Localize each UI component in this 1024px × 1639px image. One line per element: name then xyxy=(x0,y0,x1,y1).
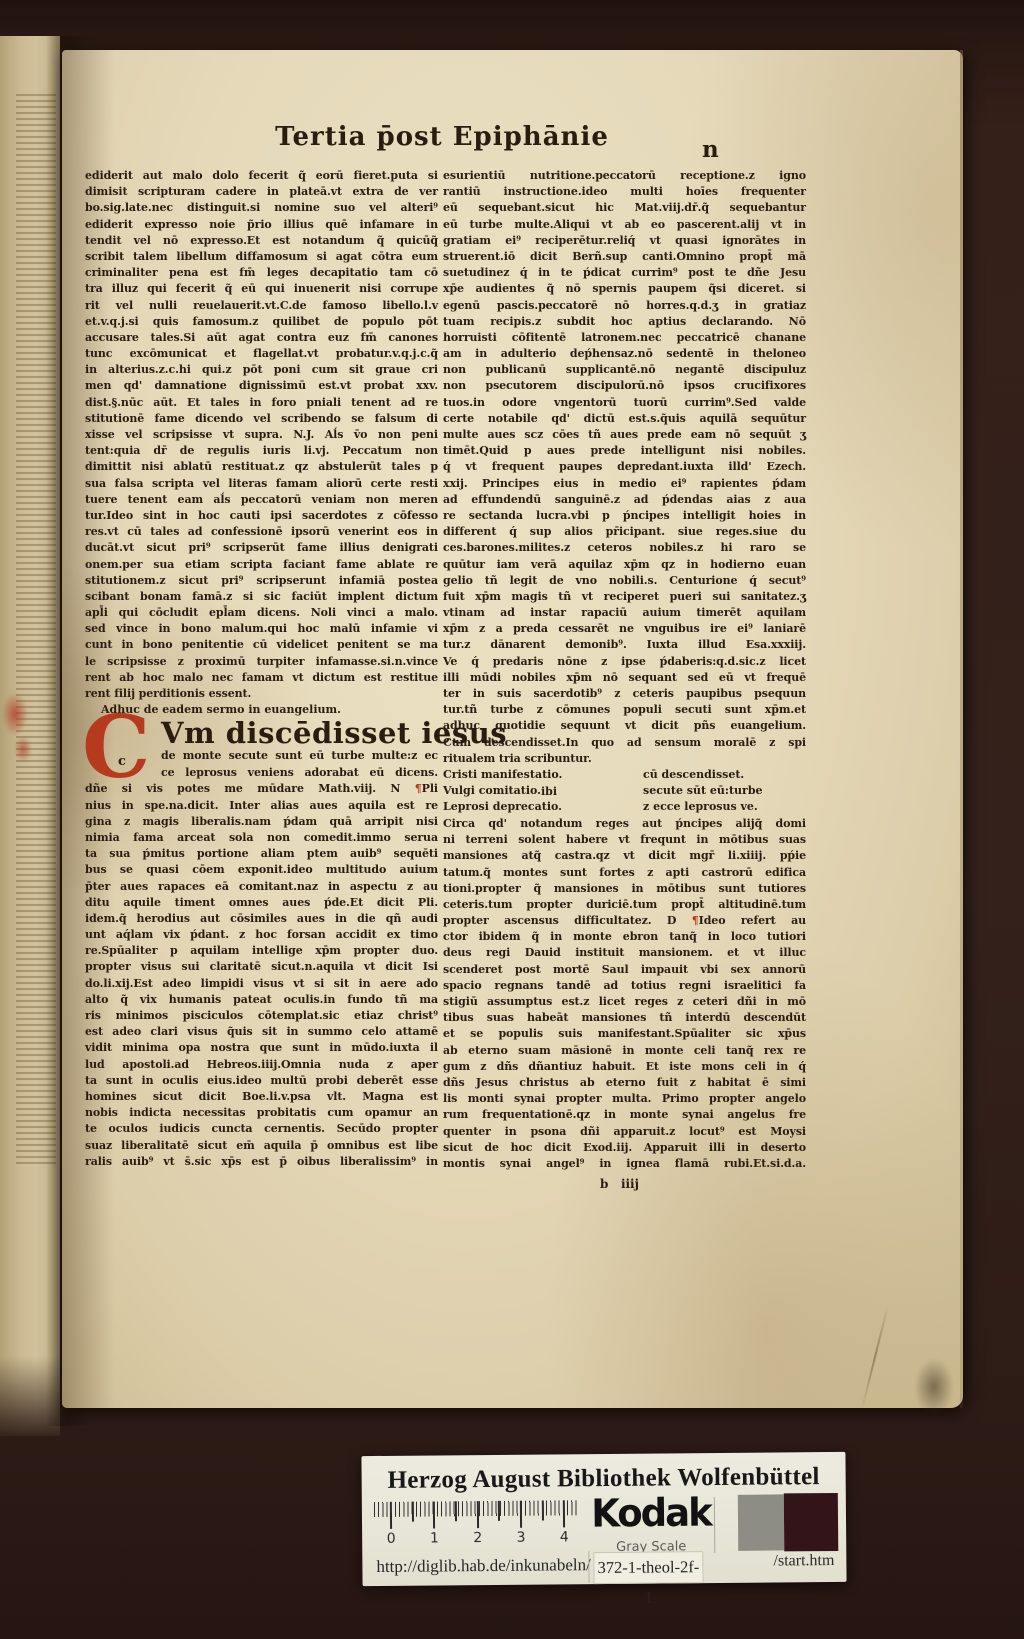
text-line: re sectanda lucra.vbi p ṕncipes intellig… xyxy=(443,508,806,524)
table-row: Vulgi comitatio. secute sūt eū:turbe xyxy=(443,783,806,799)
text-block: ediderit aut malo dolo fecerit q̃ eorū f… xyxy=(85,168,438,702)
text-line: different q́ sup alios pr̄icipant. siue … xyxy=(443,524,806,540)
text-line: do.li.xij.Est adeo limpidi visus vt si s… xyxy=(85,976,438,992)
pilcrow-mark: ¶ xyxy=(692,914,699,927)
text-line: re.Spūaliter p aquilam intellige xp̄m pr… xyxy=(85,943,438,959)
text-line: stitutionē fame dicendo vel scribendo se… xyxy=(85,411,438,427)
text-line: ditu aquile timent omnes aues ṕde.Et dic… xyxy=(85,895,438,911)
text-column-right: esurientiū nutritione.peccatorū receptio… xyxy=(443,168,806,1194)
running-title: Tertia p̄ost Epiphānie xyxy=(242,122,642,152)
text-line: gratiam ei⁹ reciperētur.reliq́ vt quasi … xyxy=(443,233,806,249)
text-line: te oculos iudicis cuncta cernentis. Secū… xyxy=(85,1121,438,1137)
ruler-mid-tick xyxy=(455,1501,457,1521)
text-line: tuam recipis.z subdit hoc aptius declara… xyxy=(443,314,806,330)
text-line: Circa qd' notandum reges aut ṕncipes ali… xyxy=(443,816,806,832)
text-line: tent:quia dr̄ de regulis iuris li.vj. Pe… xyxy=(85,443,438,459)
text-line: dist.§.nūc aūt. Et tales in foro pniali … xyxy=(85,395,438,411)
text-line: bo.sig.late.nec distinguit.si nomine suo… xyxy=(85,200,438,216)
ruler-mid-tick xyxy=(541,1501,543,1521)
text-line: ter in suis sacerdotib⁹ z ceteris paupib… xyxy=(443,686,806,702)
text-line: nobis indicta necessitas probitatis cum … xyxy=(85,1105,438,1121)
text-line: stigiū assumptus est.z licet reges z cet… xyxy=(443,994,806,1010)
text-line: non psecutorem discipulorū.nō ipsos cruc… xyxy=(443,378,806,394)
ruler-number: 3 xyxy=(514,1530,528,1546)
text-line: horruisti cōfitentē latronem.nec peccatr… xyxy=(443,330,806,346)
text-line: dimittit nisi ablatū restituat.z qz abst… xyxy=(85,459,438,475)
table-row: Cristi manifestatio. cū descendisset. xyxy=(443,767,806,783)
text-line: ni terreni solent habere vt frequnt in m… xyxy=(443,832,806,848)
text-line: suetudinez q́ in te ṕdicat currim⁹ post … xyxy=(443,265,806,281)
text-line: dimisit scripturam cadere in plateā.vt e… xyxy=(85,184,438,200)
text-line: xp̄e audientes q̃ nō spernis paupem q̃si… xyxy=(443,281,806,297)
text-line: apl̄i qui cōcludit epl̄am dicens. Noli v… xyxy=(85,605,438,621)
text-block: dñe si vis potes me mūdare Math.viij. N … xyxy=(85,781,438,1170)
text-line: nius in spe.na.dicit. Inter alias aues a… xyxy=(85,798,438,814)
table-cell-left: Leprosi deprecatio. xyxy=(443,800,562,813)
text-line: struerent.iō dicit Berñ.sup canti.Omnino… xyxy=(443,249,806,265)
text-line: tendit vel nō expresso.Et est notandum q… xyxy=(85,233,438,249)
incipit-block: C c Vm discēdisset iesus de monte secute… xyxy=(85,718,438,781)
text-line: ad effundendū sanguinē.z ad ṕdendas aias… xyxy=(443,492,806,508)
text-line: multe aues scz cōes tñ aues prede eam nō… xyxy=(443,427,806,443)
text-line: et.v.q.j.si quis famosum.z quilibet de p… xyxy=(85,314,438,330)
text-line: ediderit expresso noie p̃rio illius quē … xyxy=(85,217,438,233)
text-line: egenū pascis.peccatorē nō horres.q.d.ʒ i… xyxy=(443,298,806,314)
text-line: unt aq́lam vix ṕdant. z hoc forsan accid… xyxy=(85,927,438,943)
text-line: sua falsa scripta vel literas famam alio… xyxy=(85,476,438,492)
text-line: gelio tñ legit de vno nobili.s. Centurio… xyxy=(443,573,806,589)
table-row: Leprosi deprecatio. z ecce leprosus ve. xyxy=(443,799,806,815)
text-line: tra illuz qui fecerit q̃ eū qui inueneri… xyxy=(85,281,438,297)
text-line: ceteris.tum propter duriciē.tum propt̄ a… xyxy=(443,897,806,913)
text-line: scenderet post mortē Saul impauit vbi se… xyxy=(443,962,806,978)
text-line: fuit xp̄m magis tñ vt reciperet pueri su… xyxy=(443,589,806,605)
text-block: esurientiū nutritione.peccatorū receptio… xyxy=(443,168,806,767)
text-line: ta sua ṕmitus portione aliam ptem auib⁹ … xyxy=(85,846,438,862)
ruler-number: 2 xyxy=(471,1530,485,1546)
gray-scale-patch-dark xyxy=(784,1493,839,1551)
kodak-wordmark: Kodak xyxy=(580,1492,722,1535)
text-line: tuos.in odore vngentorū tuorū currim⁹.Se… xyxy=(443,395,806,411)
start-page-label: /start.htm xyxy=(754,1552,834,1571)
text-line: ces.barones.milites.z ceteros nobiles.z … xyxy=(443,540,806,556)
text-line: montis synai angel⁹ in ignea flamā rubi.… xyxy=(443,1156,806,1172)
text-line: idem.q̃ herodius aut cōsimiles aues in d… xyxy=(85,911,438,927)
parchment-crease xyxy=(861,1303,890,1410)
text-line: res.vt cū tales ad confessionē ipsorū ve… xyxy=(85,524,438,540)
url-base: http://diglib.hab.de/inkunabeln/ xyxy=(376,1555,591,1577)
text-line: suaz liberalitatē sicut em̄ aquila p̄ om… xyxy=(85,1138,438,1154)
text-line: est adeo clari visus q̃uis sit in summo … xyxy=(85,1024,438,1040)
text-line: criminaliter pena est fm̄ leges decapita… xyxy=(85,265,438,281)
text-line: cunt in bono penitentie cū videlicet pen… xyxy=(85,637,438,653)
text-line: ris minimos pisciculos cōtemplat.sic eti… xyxy=(85,1008,438,1024)
text-line: gum z dñs dñantiuz habuit. Et iste mons … xyxy=(443,1059,806,1075)
ruler-major-tick xyxy=(476,1501,478,1528)
text-line: onem.per sua etiam scripta faciant fame … xyxy=(85,557,438,573)
pilcrow-mark: ¶ xyxy=(415,782,422,795)
ruler-major-tick xyxy=(520,1501,522,1528)
text-line: quūtur iam verā aquilaz xp̄m qz in hodie… xyxy=(443,557,806,573)
text-line: gina z magis liberalis.nam ṕdam quā arri… xyxy=(85,814,438,830)
corner-smudge xyxy=(914,1358,954,1416)
text-line: Cum descendisset.In quo ad sensum moralē… xyxy=(443,735,806,751)
text-line: adhuc quotidie sequunt vt dicit pñs euan… xyxy=(443,718,806,734)
text-line: ta sunt in oculis eius.ideo multū probi … xyxy=(85,1073,438,1089)
table-cell-right: z ecce leprosus ve. xyxy=(643,799,758,815)
text-line: homines sicut dicit Boe.li.v.psa vlt. Ma… xyxy=(85,1089,438,1105)
fore-edge-rubric-smudge xyxy=(2,692,28,736)
text-column-left: ediderit aut malo dolo fecerit q̃ eorū f… xyxy=(85,168,438,1170)
text-line: ediderit aut malo dolo fecerit q̃ eorū f… xyxy=(85,168,438,184)
text-line: non publicanū supplicantē.nō negantē dis… xyxy=(443,362,806,378)
text-line: xxij. Principes eius in medio ei⁹ rapien… xyxy=(443,476,806,492)
text-line: sicut de hoc dicit Exod.iij. Apparuit il… xyxy=(443,1140,806,1156)
text-line: men qd' damnatione dignissimū est.vt pro… xyxy=(85,378,438,394)
text-line: propter ascensus difficultatez. D ¶Ideo … xyxy=(443,913,806,929)
text-line: Ve q́ predaris nōne z ipse ṕdaberis:q.d.… xyxy=(443,654,806,670)
text-line: vtinam ad instar rapaciū auium timerēt a… xyxy=(443,605,806,621)
text-line: illi mūdi nobiles xp̄m nō sequant sed eū… xyxy=(443,670,806,686)
ruler-mid-tick xyxy=(411,1502,413,1522)
text-line: le scripsisse z proximū turpiter infamas… xyxy=(85,654,438,670)
ruler-number: 1 xyxy=(427,1530,441,1546)
ruler: 01234 xyxy=(374,1500,580,1548)
text-line: deus regi Dauid instituit mansionem. et … xyxy=(443,945,806,961)
table-cell-right: cū descendisset. xyxy=(643,767,744,783)
text-line: alto q̃ vix humanis pateat oculis.in fun… xyxy=(85,992,438,1008)
text-line: ctor ibidem q̃ in monte ebron tanq̃ in l… xyxy=(443,929,806,945)
quire-signature: b iiij xyxy=(443,1174,806,1194)
text-line: spacio regnans tandē ad totius regni isr… xyxy=(443,978,806,994)
text-line: eū turbe multe.Aliqui vt ab eo pascerent… xyxy=(443,217,806,233)
text-line: rent ab hoc malo nec famam vt dictum est… xyxy=(85,670,438,686)
digitized-book-photo: Tertia p̄ost Epiphānie n ediderit aut ma… xyxy=(0,0,1024,1639)
text-line: tur.z dānarent demonib⁹. Iuxta illud Esa… xyxy=(443,637,806,653)
text-line: vidit minima opa nostra que sunt in mūdo… xyxy=(85,1040,438,1056)
ruler-major-tick xyxy=(433,1501,435,1528)
text-line: tur.tñ turbe z cōmunes populi secuti sun… xyxy=(443,702,806,718)
text-line: tatum.q̃ montes sunt fortes z apti castr… xyxy=(443,865,806,881)
library-color-card: Herzog August Bibliothek Wolfenbüttel 01… xyxy=(361,1452,846,1586)
text-line: rum frequentationē.qz in monte synai ang… xyxy=(443,1107,806,1123)
shelfmark: 372-1-theol-2f-1 xyxy=(593,1551,703,1584)
table-cell-left: Vulgi comitatio. xyxy=(443,784,541,797)
manuscript-page: Tertia p̄ost Epiphānie n ediderit aut ma… xyxy=(62,50,963,1408)
gray-scale-patch-mid xyxy=(738,1494,784,1550)
text-line: ritualem tria scribuntur. xyxy=(443,751,806,767)
text-line: am in adulterio deṕhensaz.nō sedentē in … xyxy=(443,346,806,362)
text-line: rit vel nulli reuelauerit.vt.C.de famoso… xyxy=(85,298,438,314)
text-line: lud apostoli.ad Hebreos.iiij.Omnia nuda … xyxy=(85,1057,438,1073)
text-line: scibant bonam famā.z si sic faciūt imple… xyxy=(85,589,438,605)
text-line: ab eterno suam māsionē in monte celi tan… xyxy=(443,1043,806,1059)
text-line: ducāt.vt sicut pri⁹ scripserūt fame illi… xyxy=(85,540,438,556)
text-line: tioni.propter q̃ mansiones in mōtibus su… xyxy=(443,881,806,897)
text-line: scribit talem libellum diffamosum si aga… xyxy=(85,249,438,265)
table-connector-label: ibi xyxy=(541,784,557,800)
gathering-mark: n xyxy=(702,136,719,163)
text-line: tuere tenent eam aĺs peccatorū veniam no… xyxy=(85,492,438,508)
ruler-major-tick xyxy=(390,1502,392,1529)
text-line: mansiones atq̃ castra.qz vt dicit mgr̄ l… xyxy=(443,848,806,864)
ruler-number: 4 xyxy=(557,1529,571,1545)
text-line: xp̄m z a preda cessarēt ne vnguibus ire … xyxy=(443,621,806,637)
text-line: xisse vel scripsisse vt supra. N.J. Aĺs … xyxy=(85,427,438,443)
text-line: esurientiū nutritione.peccatorū receptio… xyxy=(443,168,806,184)
text-line: timēt.Quid p aues prede intelligunt nisi… xyxy=(443,443,806,459)
text-line: rantiū instructione.ideo multi hoīes fre… xyxy=(443,184,806,200)
text-line: p̄ter aues rapaces eā comitant.naz in as… xyxy=(85,879,438,895)
text-line: ralis auib⁹ vt s̄.sic xp̄s est p̄ oibus … xyxy=(85,1154,438,1170)
text-line: et se populis suis manifestant.Spūaliter… xyxy=(443,1026,806,1042)
text-line: in alterius.z.c.hi qui.z pōt poni cum si… xyxy=(85,362,438,378)
text-line: sed vince in bono malum.qui hoc malū inf… xyxy=(85,621,438,637)
text-line: q́ vt frequent paupes depredant.iuxta il… xyxy=(443,459,806,475)
text-line: quenter in psona dñi apparuit.z locut⁹ e… xyxy=(443,1124,806,1140)
table-cell-right: secute sūt eū:turbe xyxy=(643,783,763,799)
ruler-number: 0 xyxy=(384,1531,398,1547)
divisio-table: Cristi manifestatio. cū descendisset. Vu… xyxy=(443,767,806,816)
text-line: certe notabile qd' dictū est.s.q̃uis aqu… xyxy=(443,411,806,427)
text-line: bus se quasi cōem exponit.ideo multitudo… xyxy=(85,862,438,878)
text-line: tibus suas habeāt mansiones tñ interdū d… xyxy=(443,1010,806,1026)
text-line: stitutionem.z sicut pri⁹ scripserunt inf… xyxy=(85,573,438,589)
rubric-initial-letter: C xyxy=(82,710,158,790)
text-line: lis monti synai propter multa. Primo pro… xyxy=(443,1091,806,1107)
fore-edge-rubric-smudge xyxy=(14,736,32,762)
text-line: nimia fama arceat sola non comedit.immo … xyxy=(85,830,438,846)
text-line: propter visus sui claritatē sicut.n.aqui… xyxy=(85,959,438,975)
text-line: eū sequebant.sicut hic Mat.viij.dr̄.q̃ s… xyxy=(443,200,806,216)
ruler-mid-tick xyxy=(498,1501,500,1521)
text-line: tunc excōmunicat et flagellat.vt probatu… xyxy=(85,346,438,362)
ruler-major-tick xyxy=(563,1500,565,1527)
text-line: accusare tales.Si aūt agat contra euz fm… xyxy=(85,330,438,346)
guide-letter: c xyxy=(118,754,126,769)
text-block: Circa qd' notandum reges aut ṕncipes ali… xyxy=(443,816,806,1172)
text-line: tur.Ideo sint in hoc cauti ipsi sacerdot… xyxy=(85,508,438,524)
table-cell-left: Cristi manifestatio. xyxy=(443,768,562,781)
text-line: dñs Jesus christus ab eterno fuit z habi… xyxy=(443,1075,806,1091)
